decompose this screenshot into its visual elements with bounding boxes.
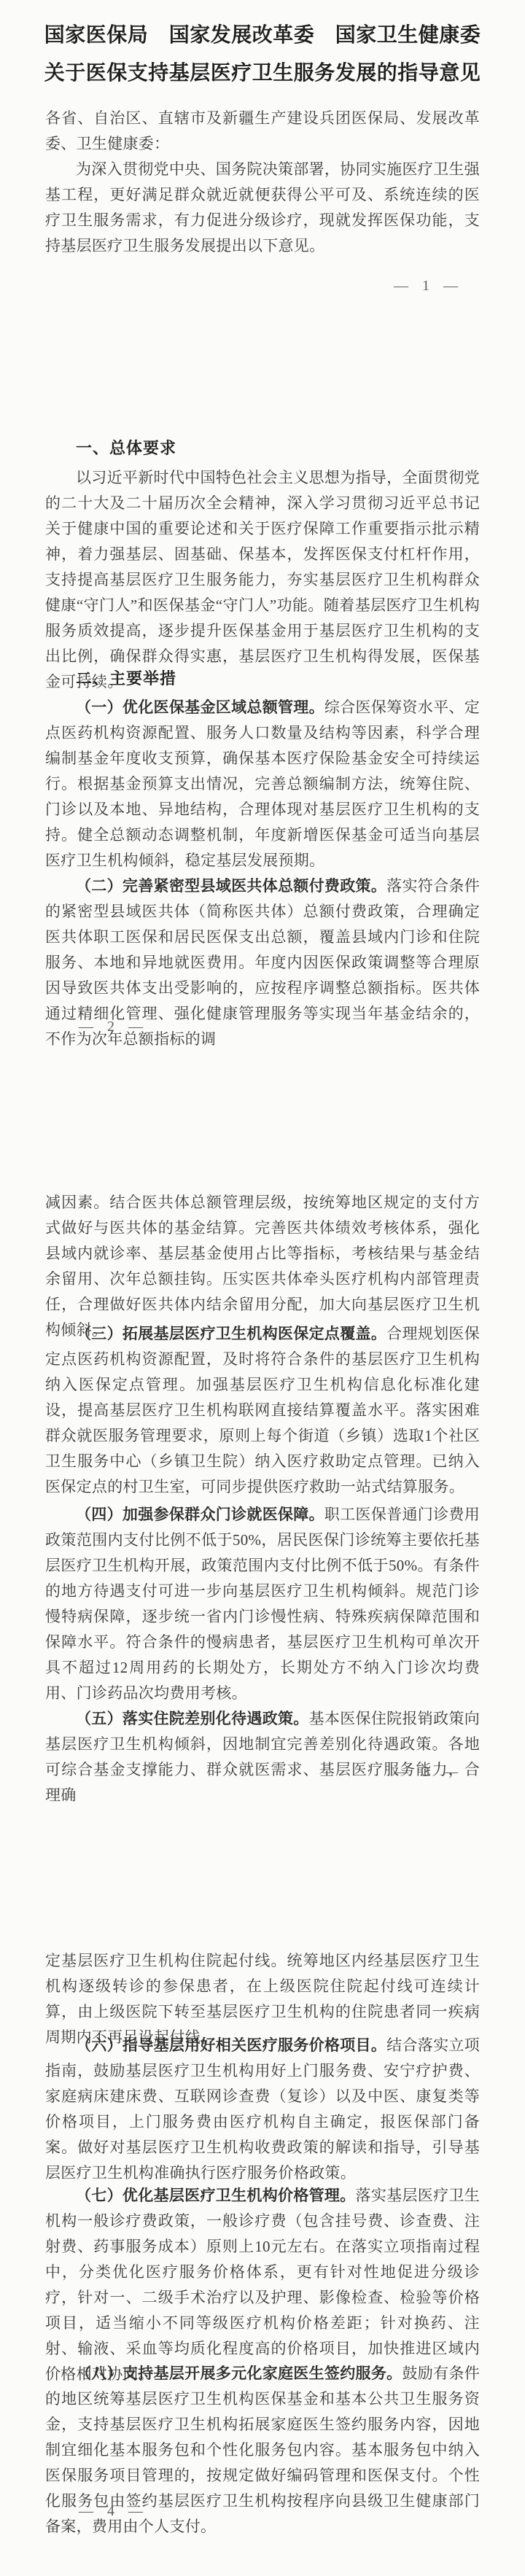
item-3-paragraph: （三）拓展基层医疗卫生机构医保定点覆盖。合理规划医保定点医药机构资源配置，及时将… xyxy=(45,1321,480,1500)
salutation-paragraph: 各省、自治区、直辖市及新疆生产建设兵团医保局、发展改革委、卫生健康委： xyxy=(45,106,480,157)
item-6-text: 结合落实立项指南，鼓励基层医疗卫生机构用好上门服务费、安宁疗护费、家庭病床建床费… xyxy=(45,2036,480,2182)
item-8-lead: （八）支持基层开展多元化家庭医生签约服务。 xyxy=(76,2365,402,2382)
section-1-body-paragraph: 以习近平新时代中国特色社会主义思想为指导，全面贯彻党的二十大及二十届历次全会精神… xyxy=(45,465,480,695)
item-2-lead: （二）完善紧密型县域医共体总额付费政策。 xyxy=(76,877,386,895)
item-7-lead: （七）优化基层医疗卫生机构价格管理。 xyxy=(76,2187,356,2204)
item-1-text: 综合医保筹资水平、定点医药机构资源配置、服务人口数量及结构等因素，科学合理编制基… xyxy=(45,699,480,869)
page-number-1: — 1 — xyxy=(394,277,459,295)
item-6-lead: （六）指导基层用好相关医疗服务价格项目。 xyxy=(76,2036,386,2054)
item-4-paragraph: （四）加强参保群众门诊就医保障。职工医保普通门诊费用政策范围内支付比例不低于50… xyxy=(45,1502,480,1706)
document-canvas: 国家医保局 国家发展改革委 国家卫生健康委 关于医保支持基层医疗卫生服务发展的指… xyxy=(0,0,525,2576)
item-5-lead: （五）落实住院差别化待遇政策。 xyxy=(76,1710,309,1727)
item-2-continuation-paragraph: 减因素。结合医共体总额管理层级，按统筹地区规定的支付方式做好与医共体的基金结算。… xyxy=(45,1190,480,1343)
item-7-text: 落实基层医疗卫生机构一般诊疗费政策，一般诊疗费（包含挂号费、诊查费、注射费、药事… xyxy=(45,2187,480,2383)
page-number-3: — 3 — xyxy=(394,1763,459,1781)
section-heading-1: 一、总体要求 xyxy=(76,437,176,459)
item-3-text: 合理规划医保定点医药机构资源配置，及时将符合条件的基层医疗卫生机构纳入医保定点管… xyxy=(45,1325,480,1495)
item-6-paragraph: （六）指导基层用好相关医疗服务价格项目。结合落实立项指南，鼓励基层医疗卫生机构用… xyxy=(45,2033,480,2186)
item-7-paragraph: （七）优化基层医疗卫生机构价格管理。落实基层医疗卫生机构一般诊疗费政策，一般诊疗… xyxy=(45,2183,480,2387)
item-1-paragraph: （一）优化医保基金区域总额管理。综合医保筹资水平、定点医药机构资源配置、服务人口… xyxy=(45,695,480,873)
item-1-lead: （一）优化医保基金区域总额管理。 xyxy=(76,699,324,716)
item-3-lead: （三）拓展基层医疗卫生机构医保定点覆盖。 xyxy=(76,1325,386,1342)
item-5-paragraph: （五）落实住院差别化待遇政策。基本医保住院报销政策向基层医疗卫生机构倾斜，因地制… xyxy=(45,1706,480,1808)
page-number-4: — 4 — xyxy=(79,2502,144,2520)
doc-title-line2: 关于医保支持基层医疗卫生服务发展的指导意见 xyxy=(0,61,525,86)
page-number-2: — 2 — xyxy=(79,1018,144,1035)
item-4-lead: （四）加强参保群众门诊就医保障。 xyxy=(76,1506,324,1523)
intro-paragraph: 为深入贯彻党中央、国务院决策部署，协同实施医疗卫生强基工程，更好满足群众就近就便… xyxy=(45,157,480,259)
item-4-text: 职工医保普通门诊费用政策范围内支付比例不低于50%，居民医保门诊统筹主要依托基层… xyxy=(45,1506,480,1702)
section-heading-2: 二、主要举措 xyxy=(76,668,176,690)
doc-title-line1: 国家医保局 国家发展改革委 国家卫生健康委 xyxy=(0,23,525,48)
